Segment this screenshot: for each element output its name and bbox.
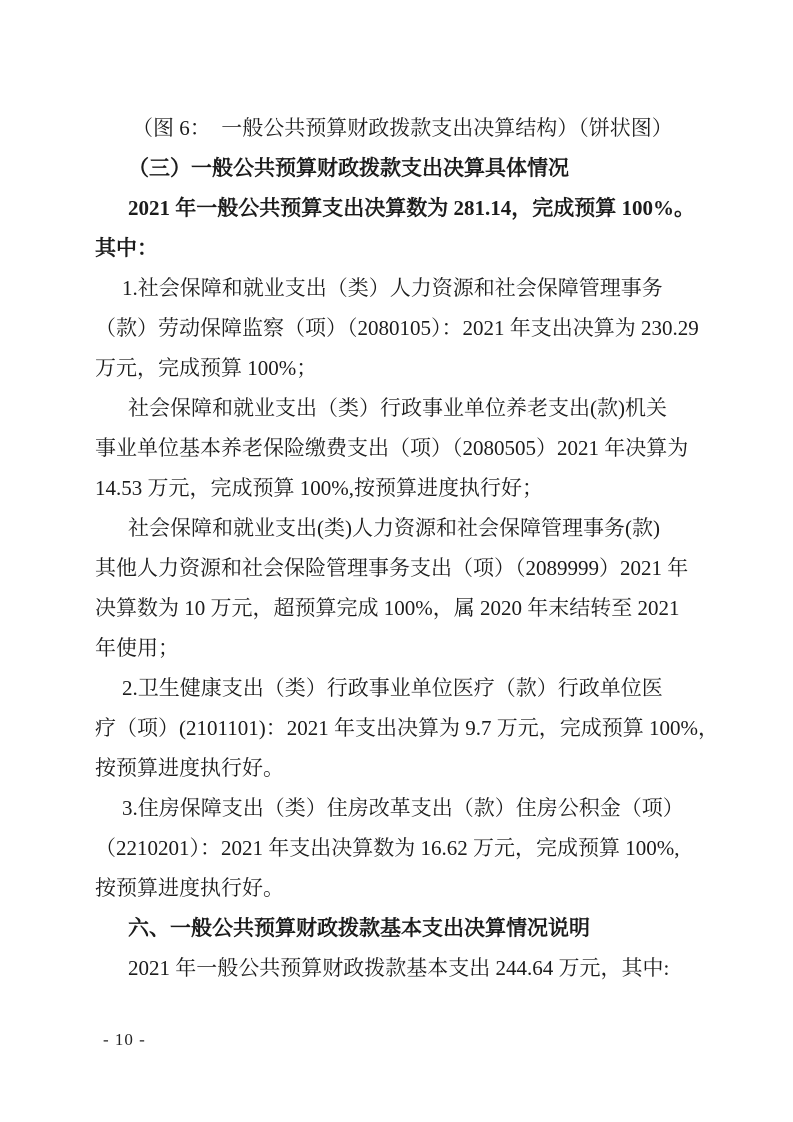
text-line: 1.社会保障和就业支出（类）人力资源和社会保障管理事务 bbox=[95, 268, 709, 308]
text-line: 2021 年一般公共预算财政拨款基本支出 244.64 万元，其中: bbox=[95, 948, 709, 988]
text-line: 其中： bbox=[95, 228, 709, 268]
text-line: （图 6： 一般公共预算财政拨款支出决算结构）（饼状图） bbox=[95, 108, 709, 148]
text-line: 其他人力资源和社会保险管理事务支出（项）（2089999）2021 年 bbox=[95, 548, 709, 588]
text-line: 社会保障和就业支出（类）行政事业单位养老支出(款)机关 bbox=[95, 388, 709, 428]
text-line: 2021 年一般公共预算支出决算数为 281.14，完成预算 100%。 bbox=[95, 188, 709, 228]
document-page: （图 6： 一般公共预算财政拨款支出决算结构）（饼状图）（三）一般公共预算财政拨… bbox=[0, 0, 793, 1122]
text-line: 按预算进度执行好。 bbox=[95, 748, 709, 788]
text-line: （三）一般公共预算财政拨款支出决算具体情况 bbox=[95, 148, 709, 188]
text-line: （款）劳动保障监察（项）（2080105）：2021 年支出决算为 230.29 bbox=[95, 308, 709, 348]
text-line: 社会保障和就业支出(类)人力资源和社会保障管理事务(款) bbox=[95, 508, 709, 548]
text-line: 3.住房保障支出（类）住房改革支出（款）住房公积金（项） bbox=[95, 788, 709, 828]
text-line: 14.53 万元，完成预算 100%,按预算进度执行好； bbox=[95, 468, 709, 508]
text-line: 万元，完成预算 100%； bbox=[95, 348, 709, 388]
text-line: 疗（项）(2101101)：2021 年支出决算为 9.7 万元，完成预算 10… bbox=[95, 708, 709, 748]
text-line: 2.卫生健康支出（类）行政事业单位医疗（款）行政单位医 bbox=[95, 668, 709, 708]
text-line: 事业单位基本养老保险缴费支出（项）（2080505）2021 年决算为 bbox=[95, 428, 709, 468]
page-number: - 10 - bbox=[103, 1028, 146, 1052]
text-line: 决算数为 10 万元，超预算完成 100%，属 2020 年末结转至 2021 bbox=[95, 588, 709, 628]
text-line: （2210201）：2021 年支出决算数为 16.62 万元，完成预算 100… bbox=[95, 828, 709, 868]
text-line: 年使用； bbox=[95, 628, 709, 668]
text-line: 六、一般公共预算财政拨款基本支出决算情况说明 bbox=[95, 908, 709, 948]
document-body: （图 6： 一般公共预算财政拨款支出决算结构）（饼状图）（三）一般公共预算财政拨… bbox=[95, 108, 709, 988]
text-line: 按预算进度执行好。 bbox=[95, 868, 709, 908]
